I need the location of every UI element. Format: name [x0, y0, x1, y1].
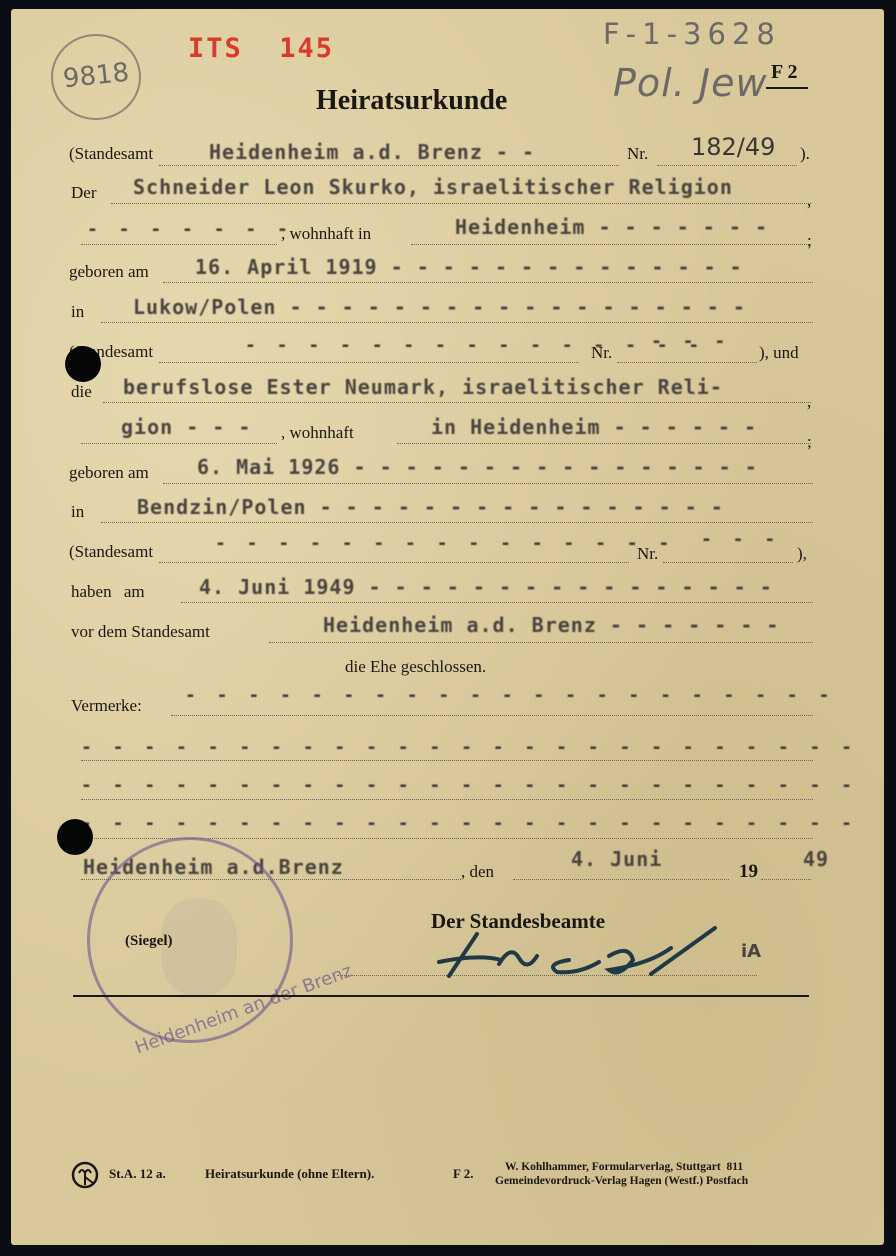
- signing-year-prefix: 19: [739, 861, 758, 883]
- signing-year-suffix: 49: [803, 847, 829, 871]
- publisher-logo-icon: [71, 1161, 99, 1189]
- groom-description-cont: - - - - - - -: [87, 219, 293, 240]
- section-rule: [73, 995, 809, 997]
- groom-residence: Heidenheim - - - - - - -: [455, 215, 768, 239]
- bride-residence-label: , wohnhaft: [281, 423, 354, 443]
- bride-born-date: 6. Mai 1926 - - - - - - - - - - - - - - …: [197, 455, 758, 479]
- form-code: F 2: [771, 61, 797, 84]
- remarks-label: Vermerke:: [71, 696, 142, 716]
- groom-born-place: Lukow/Polen - - - - - - - - - - - - - - …: [133, 295, 746, 319]
- bride-description-cont: gion - - -: [121, 415, 251, 439]
- footer-publisher-line2: Gemeindevordruck-Verlag Hagen (Westf.) P…: [495, 1175, 748, 1187]
- footer-form-id: St.A. 12 a.: [109, 1166, 166, 1182]
- groom-place-label: in: [71, 302, 84, 322]
- footer-publisher-line1: W. Kohlhammer, Formularverlag, Stuttgart…: [505, 1161, 743, 1173]
- groom-born-date: 16. April 1919 - - - - - - - - - - - - -…: [195, 255, 743, 279]
- punch-hole: [57, 819, 93, 855]
- remarks-line-2: - - - - - - - - - - - - - - - - - - - - …: [81, 737, 857, 758]
- registry-label: (Standesamt: [69, 144, 153, 164]
- bride-nr-value: - - -: [701, 529, 780, 550]
- bride-registry-label: (Standesamt: [69, 542, 153, 562]
- remarks-line-3: - - - - - - - - - - - - - - - - - - - - …: [81, 775, 857, 796]
- bride-nr-label: Nr.: [637, 544, 658, 564]
- remarks-line-1: - - - - - - - - - - - - - - - - - - - - …: [185, 685, 834, 706]
- bride-place-label: in: [71, 502, 84, 522]
- bride-intro: die: [71, 382, 92, 402]
- its-stamp: ITS 145: [188, 33, 334, 64]
- registry-nr-value: 182/49: [691, 133, 775, 161]
- groom-registry-close: ), und: [759, 343, 799, 363]
- groom-description: Schneider Leon Skurko, israelitischer Re…: [133, 175, 733, 199]
- punch-hole: [65, 346, 101, 382]
- file-reference: F-1-3628: [603, 17, 781, 51]
- registry-value: Heidenheim a.d. Brenz - -: [209, 140, 535, 164]
- marriage-office-label: vor dem Standesamt: [71, 622, 210, 642]
- form-code-rule: [766, 87, 808, 89]
- signature-suffix: iA: [741, 941, 761, 962]
- handwritten-note: Pol. Jew: [613, 61, 768, 105]
- document-page: 9818 ITS 145 F-1-3628 Pol. Jew F 2 Heira…: [11, 9, 884, 1245]
- page-title: Heiratsurkunde: [316, 85, 507, 117]
- signing-den-label: , den: [461, 862, 494, 882]
- marriage-closing: die Ehe geschlossen.: [345, 657, 486, 677]
- footer-form-name: Heiratsurkunde (ohne Eltern).: [205, 1166, 374, 1182]
- groom-intro: Der: [71, 183, 96, 203]
- marriage-date-label: haben am: [71, 582, 145, 602]
- marriage-date: 4. Juni 1949 - - - - - - - - - - - - - -…: [199, 575, 773, 599]
- groom-registry-value: - - - - - - - - - - - - - - -: [245, 335, 704, 356]
- registry-nr-label: Nr.: [627, 144, 648, 164]
- bride-born-place: Bendzin/Polen - - - - - - - - - - - - - …: [137, 495, 724, 519]
- bride-residence: in Heidenheim - - - - - -: [431, 415, 757, 439]
- seal-label: (Siegel): [125, 933, 172, 950]
- remarks-line-4: - - - - - - - - - - - - - - - - - - - - …: [81, 813, 857, 834]
- groom-nr-value: - - -: [651, 331, 730, 352]
- groom-residence-label: , wohnhaft in: [281, 224, 371, 244]
- footer-form-code: F 2.: [453, 1166, 473, 1182]
- signing-date: 4. Juni: [571, 847, 662, 871]
- bride-description: berufslose Ester Neumark, israelitischer…: [123, 375, 723, 399]
- registry-close: ).: [800, 144, 810, 164]
- bride-registry-value: - - - - - - - - - - - - - - -: [215, 533, 674, 554]
- groom-born-label: geboren am: [69, 262, 149, 282]
- marriage-office: Heidenheim a.d. Brenz - - - - - - -: [323, 613, 779, 637]
- groom-nr-label: Nr.: [591, 343, 612, 363]
- signature: [419, 914, 739, 986]
- bride-registry-close: ),: [797, 544, 807, 564]
- bride-born-label: geboren am: [69, 463, 149, 483]
